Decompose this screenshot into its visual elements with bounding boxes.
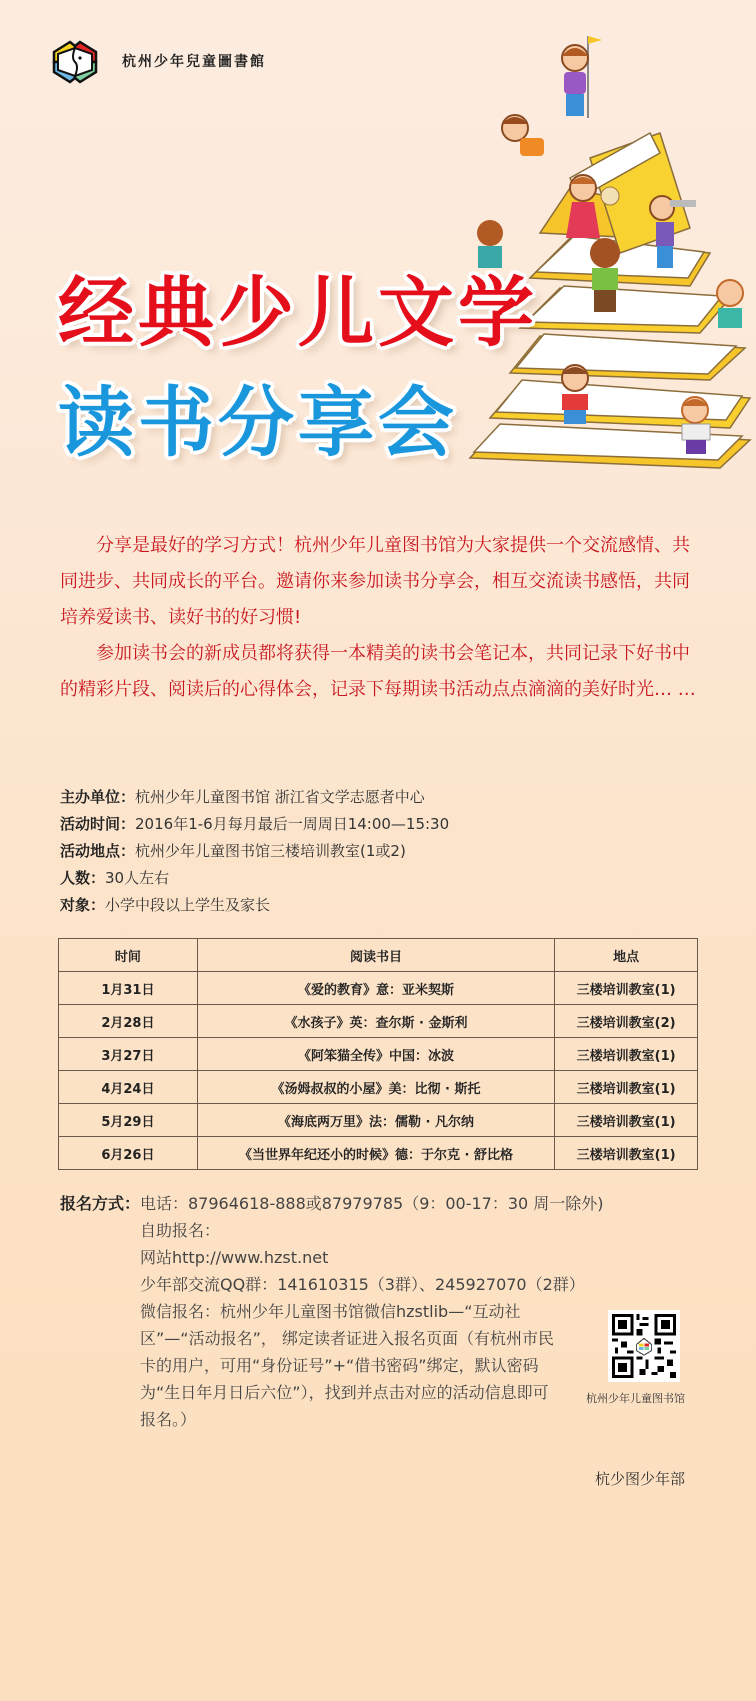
schedule-table: 时间 阅读书目 地点 1月31日 《爱的教育》意：亚米契斯 三楼培训教室(1) …: [58, 938, 698, 1170]
header-time: 时间: [59, 939, 198, 972]
title-line-1: 经典少儿文学: [58, 252, 538, 361]
library-book-logo-icon: [50, 38, 100, 84]
signup-website-link[interactable]: 网站http://www.hzst.net: [140, 1244, 620, 1271]
event-info: 主办单位：杭州少年儿童图书馆 浙江省文学志愿者中心 活动时间：2016年1-6月…: [60, 784, 449, 919]
cell-book: 《汤姆叔叔的小屋》美：比彻 · 斯托: [197, 1071, 554, 1104]
cell-date: 1月31日: [59, 972, 198, 1005]
library-name: 杭州少年兒童圖書館: [122, 51, 266, 71]
signup-qq: 少年部交流QQ群：141610315（3群）、245927070（2群）: [140, 1271, 620, 1298]
cell-book: 《阿笨猫全传》中国：冰波: [197, 1038, 554, 1071]
cell-place: 三楼培训教室(1): [555, 1137, 698, 1170]
table-row: 3月27日 《阿笨猫全传》中国：冰波 三楼培训教室(1): [59, 1038, 698, 1071]
cell-book: 《当世界年纪还小的时候》德：于尔克 · 舒比格: [197, 1137, 554, 1170]
cell-place: 三楼培训教室(1): [555, 972, 698, 1005]
info-value: 杭州少年儿童图书馆三楼培训教室(1或2): [135, 842, 406, 860]
table-row: 1月31日 《爱的教育》意：亚米契斯 三楼培训教室(1): [59, 972, 698, 1005]
info-time: 活动时间：2016年1-6月每月最后一周周日14:00—15:30: [60, 811, 449, 838]
table-header-row: 时间 阅读书目 地点: [59, 939, 698, 972]
cell-place: 三楼培训教室(1): [555, 1038, 698, 1071]
signup-wechat: 微信报名：杭州少年儿童图书馆微信hzstlib—“互动社区”—“活动报名”， 绑…: [140, 1298, 560, 1433]
info-value: 小学中段以上学生及家长: [105, 896, 270, 914]
table-row: 2月28日 《水孩子》英：查尔斯 · 金斯利 三楼培训教室(2): [59, 1005, 698, 1038]
signup-section: 报名方式： 电话：87964618-888或87979785（9：00-17：3…: [60, 1190, 140, 1217]
cell-place: 三楼培训教室(1): [555, 1104, 698, 1137]
info-location: 活动地点：杭州少年儿童图书馆三楼培训教室(1或2): [60, 838, 449, 865]
qr-code-icon: [612, 1314, 676, 1378]
title-line-2: 读书分享会: [58, 362, 458, 471]
info-organizer: 主办单位：杭州少年儿童图书馆 浙江省文学志愿者中心: [60, 784, 449, 811]
cell-book: 《海底两万里》法：儒勒 · 凡尔纳: [197, 1104, 554, 1137]
department-signature: 杭少图少年部: [595, 1468, 685, 1489]
table-row: 5月29日 《海底两万里》法：儒勒 · 凡尔纳 三楼培训教室(1): [59, 1104, 698, 1137]
intro-paragraph-2: 参加读书会的新成员都将获得一本精美的读书会笔记本，共同记录下好书中的精彩片段、阅…: [60, 636, 700, 708]
cell-date: 2月28日: [59, 1005, 198, 1038]
info-value: 2016年1-6月每月最后一周周日14:00—15:30: [135, 815, 449, 833]
info-label: 主办单位：: [60, 788, 135, 806]
cell-place: 三楼培训教室(2): [555, 1005, 698, 1038]
info-label: 人数：: [60, 869, 105, 887]
table-row: 4月24日 《汤姆叔叔的小屋》美：比彻 · 斯托 三楼培训教室(1): [59, 1071, 698, 1104]
header-place: 地点: [555, 939, 698, 972]
signup-phone: 电话：87964618-888或87979785（9：00-17：30 周一除外…: [140, 1190, 620, 1217]
qr-caption: 杭州少年儿童图书馆: [586, 1390, 685, 1406]
table-row: 6月26日 《当世界年纪还小的时候》德：于尔克 · 舒比格 三楼培训教室(1): [59, 1137, 698, 1170]
cell-date: 5月29日: [59, 1104, 198, 1137]
cell-place: 三楼培训教室(1): [555, 1071, 698, 1104]
cell-date: 6月26日: [59, 1137, 198, 1170]
signup-label: 报名方式：: [60, 1194, 140, 1213]
intro-paragraph-1: 分享是最好的学习方式！杭州少年儿童图书馆为大家提供一个交流感情、共同进步、共同成…: [60, 528, 700, 636]
cell-book: 《水孩子》英：查尔斯 · 金斯利: [197, 1005, 554, 1038]
qr-code[interactable]: [608, 1310, 680, 1382]
info-value: 30人左右: [105, 869, 169, 887]
info-audience: 对象：小学中段以上学生及家长: [60, 892, 449, 919]
header-book: 阅读书目: [197, 939, 554, 972]
cell-date: 4月24日: [59, 1071, 198, 1104]
info-label: 活动地点：: [60, 842, 135, 860]
info-label: 活动时间：: [60, 815, 135, 833]
info-value: 杭州少年儿童图书馆 浙江省文学志愿者中心: [135, 788, 425, 806]
signup-self: 自助报名：: [140, 1217, 620, 1244]
info-capacity: 人数：30人左右: [60, 865, 449, 892]
intro-text: 分享是最好的学习方式！杭州少年儿童图书馆为大家提供一个交流感情、共同进步、共同成…: [60, 528, 700, 708]
cell-book: 《爱的教育》意：亚米契斯: [197, 972, 554, 1005]
cell-date: 3月27日: [59, 1038, 198, 1071]
info-label: 对象：: [60, 896, 105, 914]
library-logo: 杭州少年兒童圖書館: [50, 38, 266, 84]
